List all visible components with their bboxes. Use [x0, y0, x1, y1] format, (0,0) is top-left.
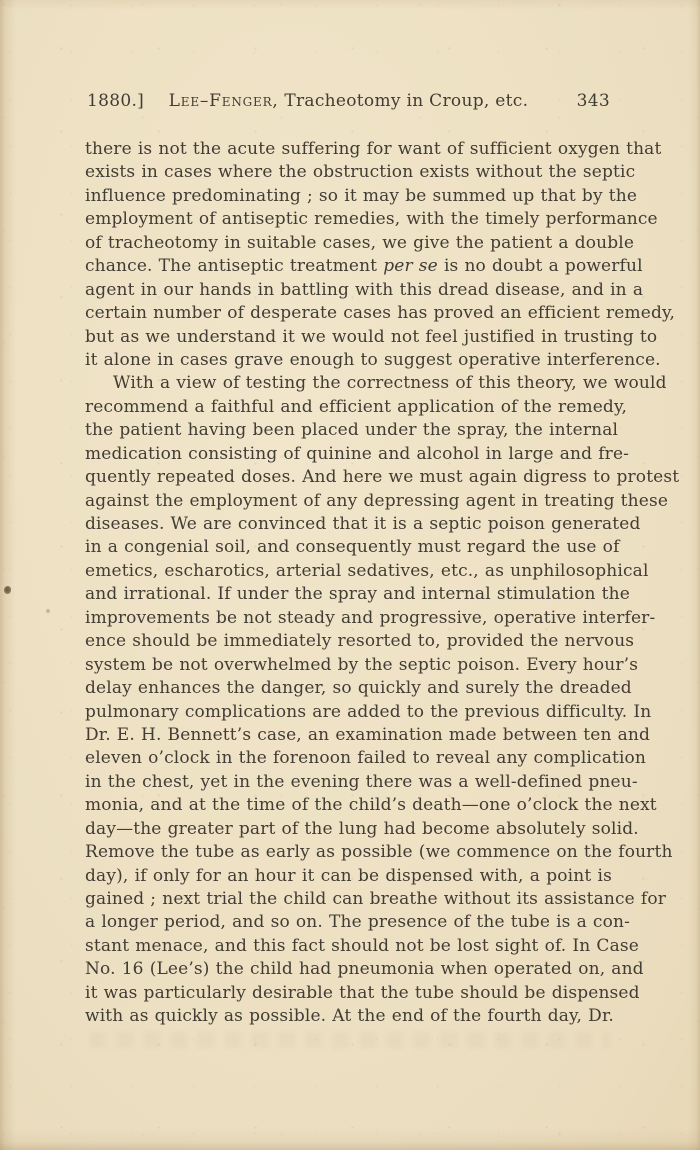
text-segment: With a view of testing the correctness o… [113, 373, 667, 393]
text-line: influence predominating ; so it may be s… [85, 185, 612, 208]
text-line: there is not the acute suffering for wan… [85, 138, 612, 161]
text-line: agent in our hands in battling with this… [85, 279, 612, 302]
italic-phrase: per se [383, 256, 438, 276]
text-segment: with as quickly as possible. At the end … [85, 1006, 614, 1026]
text-line: certain number of desperate cases has pr… [85, 302, 612, 325]
text-line: Remove the tube as early as possible (we… [85, 841, 612, 864]
text-line: it alone in cases grave enough to sugges… [85, 349, 612, 372]
text-line: eleven o’clock in the forenoon failed to… [85, 747, 612, 770]
running-title: Lee–Fenger, Tracheotomy in Croup, etc. [169, 91, 529, 111]
text-line: ence should be immediately resorted to, … [85, 630, 612, 653]
text-line: in the chest, yet in the evening there w… [85, 771, 612, 794]
text-segment: certain number of desperate cases has pr… [85, 303, 675, 323]
paper-speck [46, 609, 50, 613]
text-segment: the patient having been placed under the… [85, 420, 618, 440]
text-line: of tracheotomy in suitable cases, we giv… [85, 232, 612, 255]
text-segment: Remove the tube as early as possible (we… [85, 842, 673, 862]
text-line: and irrational. If under the spray and i… [85, 583, 612, 606]
running-title-text: Tracheotomy in Croup, etc. [279, 91, 529, 111]
text-segment: agent in our hands in battling with this… [85, 280, 643, 300]
header-year-bracket: 1880.] [87, 89, 144, 113]
page-number: 343 [577, 89, 610, 113]
text-segment: quently repeated doses. And here we must… [85, 467, 679, 487]
text-line: day), if only for an hour it can be disp… [85, 865, 612, 888]
text-line: emetics, escharotics, arterial sedatives… [85, 560, 612, 583]
text-line: monia, and at the time of the child’s de… [85, 794, 612, 817]
text-line: it was particularly desirable that the t… [85, 982, 612, 1005]
text-segment: employment of antiseptic remedies, with … [85, 209, 658, 229]
text-line: the patient having been placed under the… [85, 419, 612, 442]
show-through-ghost-text [90, 1032, 610, 1048]
text-segment: diseases. We are convinced that it is a … [85, 514, 641, 534]
text-segment: a longer period, and so on. The presence… [85, 912, 630, 932]
text-segment: but as we understand it we would not fee… [85, 327, 657, 347]
article-body: there is not the acute suffering for wan… [85, 138, 612, 1029]
text-line: day—the greater part of the lung had bec… [85, 818, 612, 841]
text-line: Dr. E. H. Bennett’s case, an examination… [85, 724, 612, 747]
text-line: but as we understand it we would not fee… [85, 326, 612, 349]
text-line: against the employment of any depressing… [85, 490, 612, 513]
text-segment: there is not the acute suffering for wan… [85, 139, 661, 159]
text-line: quently repeated doses. And here we must… [85, 466, 612, 489]
text-segment: monia, and at the time of the child’s de… [85, 795, 657, 815]
text-line: improvements be not steady and progressi… [85, 607, 612, 630]
text-line: recommend a faithful and efficient appli… [85, 396, 612, 419]
text-segment: delay enhances the danger, so quickly an… [85, 678, 632, 698]
text-line: system be not overwhelmed by the septic … [85, 654, 612, 677]
text-segment: day—the greater part of the lung had bec… [85, 819, 639, 839]
text-segment: stant menace, and this fact should not b… [85, 936, 639, 956]
text-segment: gained ; next trial the child can breath… [85, 889, 666, 909]
text-line: No. 16 (Lee’s) the child had pneumonia w… [85, 958, 612, 981]
text-line: With a view of testing the correctness o… [85, 372, 612, 395]
text-line: employment of antiseptic remedies, with … [85, 208, 612, 231]
text-line: diseases. We are convinced that it is a … [85, 513, 612, 536]
text-line: medication consisting of quinine and alc… [85, 443, 612, 466]
text-line: chance. The antiseptic treatment per se … [85, 255, 612, 278]
text-segment: day), if only for an hour it can be disp… [85, 866, 612, 886]
text-line: exists in cases where the obstruction ex… [85, 161, 612, 184]
text-segment: in the chest, yet in the evening there w… [85, 772, 638, 792]
text-segment: chance. The antiseptic treatment [85, 256, 383, 276]
text-line: pulmonary complications are added to the… [85, 701, 612, 724]
text-segment: No. 16 (Lee’s) the child had pneumonia w… [85, 959, 644, 979]
text-segment: it was particularly desirable that the t… [85, 983, 640, 1003]
text-line: stant menace, and this fact should not b… [85, 935, 612, 958]
text-segment: against the employment of any depressing… [85, 491, 668, 511]
text-segment: emetics, escharotics, arterial sedatives… [85, 561, 649, 581]
text-segment: of tracheotomy in suitable cases, we giv… [85, 233, 634, 253]
text-line: in a congenial soil, and consequently mu… [85, 536, 612, 559]
text-segment: is no doubt a powerful [438, 256, 643, 276]
text-line: gained ; next trial the child can breath… [85, 888, 612, 911]
text-segment: influence predominating ; so it may be s… [85, 186, 637, 206]
text-line: with as quickly as possible. At the end … [85, 1005, 612, 1028]
text-line: delay enhances the danger, so quickly an… [85, 677, 612, 700]
text-segment: Dr. E. H. Bennett’s case, an examination… [85, 725, 650, 745]
running-title-authors: Lee–Fenger, [169, 91, 279, 111]
text-segment: ence should be immediately resorted to, … [85, 631, 634, 651]
scanned-page: 1880.] Lee–Fenger, Tracheotomy in Croup,… [0, 0, 700, 1150]
paper-blemish-spot [4, 586, 11, 594]
text-segment: medication consisting of quinine and alc… [85, 444, 629, 464]
text-segment: eleven o’clock in the forenoon failed to… [85, 748, 646, 768]
running-header: 1880.] Lee–Fenger, Tracheotomy in Croup,… [85, 89, 612, 113]
text-segment: exists in cases where the obstruction ex… [85, 162, 635, 182]
text-segment: it alone in cases grave enough to sugges… [85, 350, 661, 370]
text-segment: recommend a faithful and efficient appli… [85, 397, 627, 417]
text-line: a longer period, and so on. The presence… [85, 911, 612, 934]
text-segment: system be not overwhelmed by the septic … [85, 655, 638, 675]
text-segment: pulmonary complications are added to the… [85, 702, 651, 722]
text-segment: in a congenial soil, and consequently mu… [85, 537, 620, 557]
text-segment: and irrational. If under the spray and i… [85, 584, 630, 604]
text-segment: improvements be not steady and progressi… [85, 608, 655, 628]
